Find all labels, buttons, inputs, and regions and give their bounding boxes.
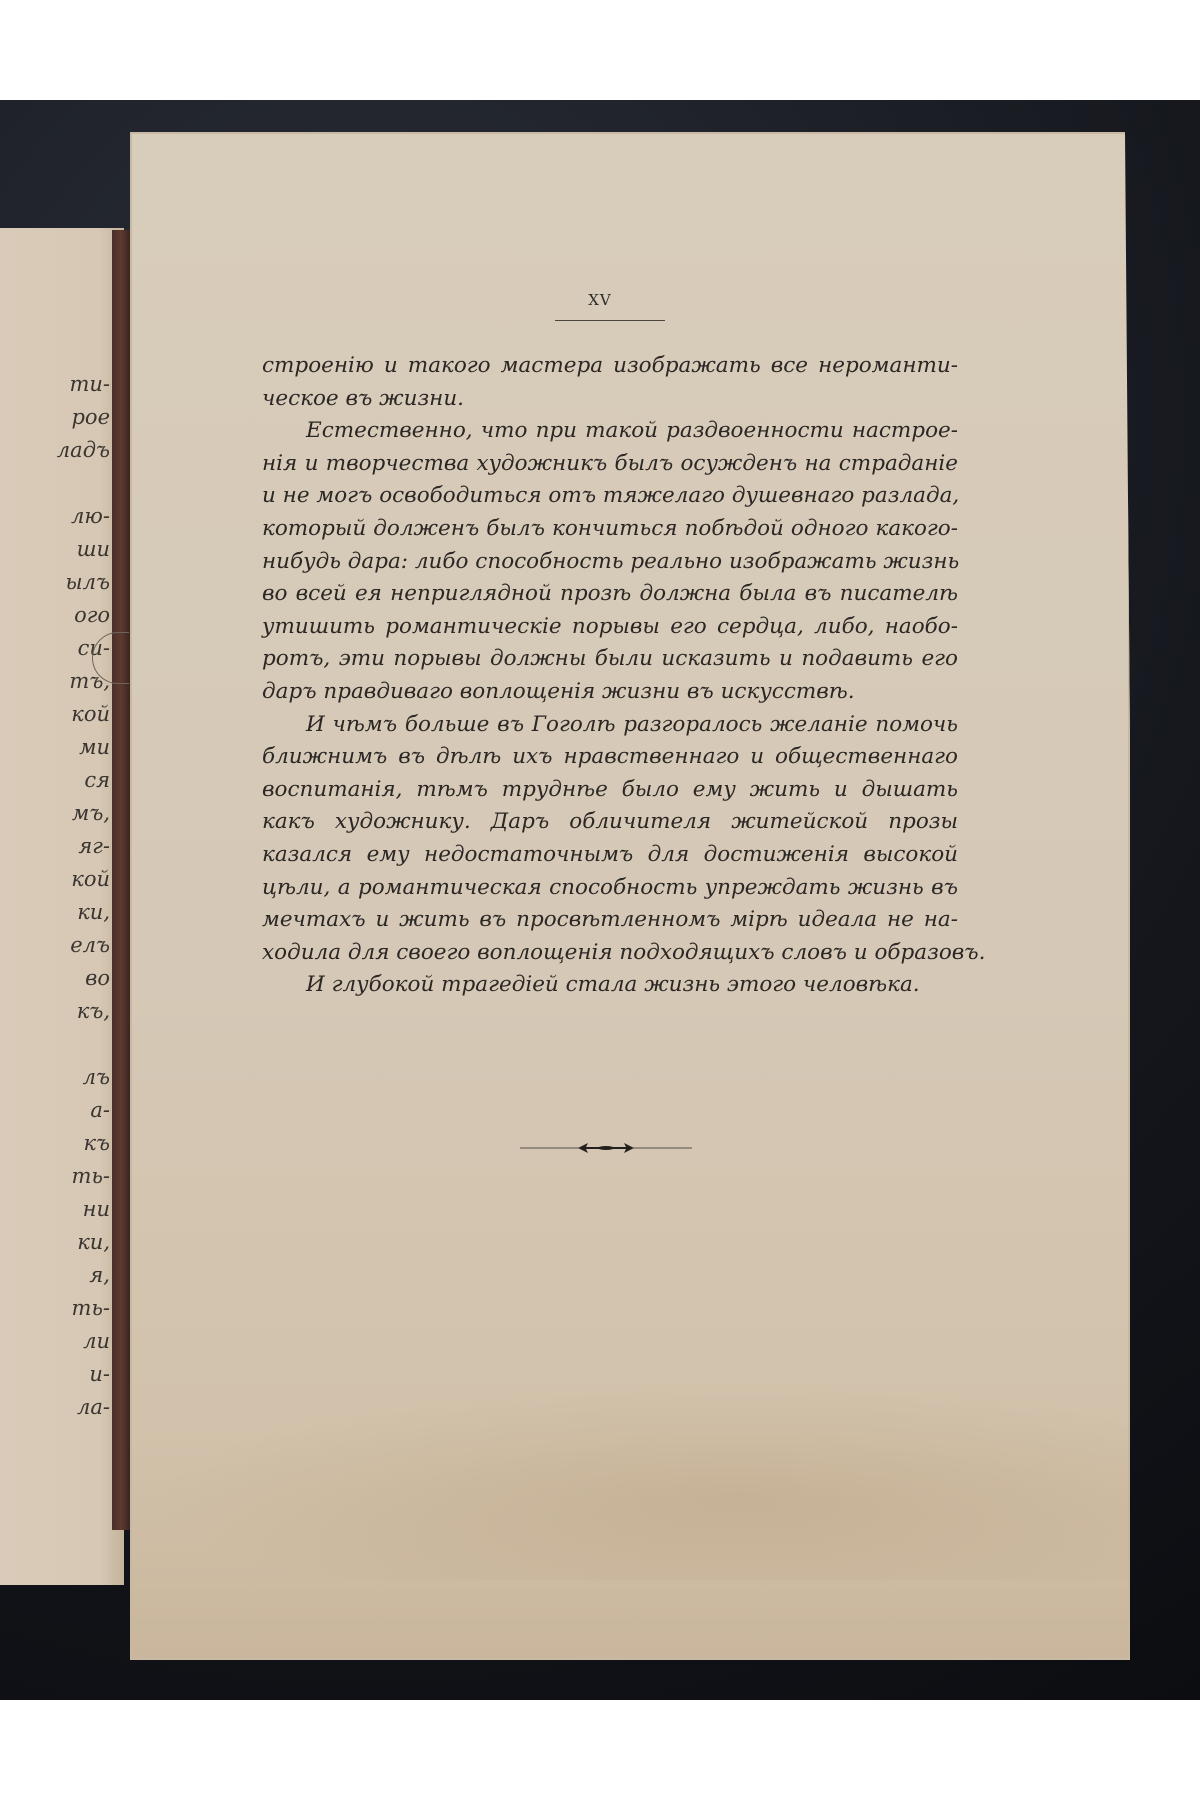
left-page-fragment: во <box>57 962 110 995</box>
text-line: и не могъ освободиться отъ тяжелаго душе… <box>262 480 958 513</box>
text-line: воспитанія, тѣмъ труднѣе было ему жить и… <box>262 774 958 807</box>
text-line: цѣли, а романтическая способность упрежд… <box>262 872 958 905</box>
left-page-fragment: лю- <box>57 500 110 533</box>
ornament-flourish-icon <box>520 1140 692 1156</box>
text-line: ческое въ жизни. <box>262 383 958 416</box>
left-page-fragment: ть- <box>57 1160 110 1193</box>
left-page-fragment: яг- <box>57 830 110 863</box>
left-page-fragment: и- <box>57 1358 110 1391</box>
left-page-fragment: ми <box>57 731 110 764</box>
left-page-fragment: ылъ <box>57 566 110 599</box>
text-line: утишить романтическіе порывы его сердца,… <box>262 611 958 644</box>
left-page-fragment <box>57 467 110 500</box>
text-line: И чѣмъ больше въ Гоголѣ разгоралось жела… <box>262 709 958 742</box>
water-stain <box>150 1380 1130 1580</box>
left-page-fragment: ого <box>57 599 110 632</box>
left-page-fragment: я, <box>57 1259 110 1292</box>
book-spine <box>112 230 130 1530</box>
text-line: который долженъ былъ кончиться побѣдой о… <box>262 513 958 546</box>
left-page-fragment: къ, <box>57 995 110 1028</box>
left-page-fragment: ли <box>57 1325 110 1358</box>
left-page-fragment: кой <box>57 863 110 896</box>
text-line: мечтахъ и жить въ просвѣтленномъ мірѣ ид… <box>262 904 958 937</box>
page-number-rule <box>555 320 665 321</box>
text-line: И глубокой трагедіей стала жизнь этого ч… <box>262 969 958 1002</box>
text-line: ближнимъ въ дѣлѣ ихъ нравственнаго и общ… <box>262 741 958 774</box>
left-page-fragment: ла- <box>57 1391 110 1424</box>
left-page-fragment: къ <box>57 1127 110 1160</box>
left-page-fragment: елъ <box>57 929 110 962</box>
left-page-fragment: мъ, <box>57 797 110 830</box>
left-page-fragment: ся <box>57 764 110 797</box>
body-text: строенію и такого мастера изображать все… <box>262 350 958 1002</box>
left-page-fragment: ладъ <box>57 434 110 467</box>
left-page-fragment <box>57 1028 110 1061</box>
left-page-fragment: ки, <box>57 1226 110 1259</box>
text-line: какъ художнику. Даръ обличителя житейско… <box>262 806 958 839</box>
left-page-fragment: ки, <box>57 896 110 929</box>
left-page-text-fragments: ти-роеладълю-шиылъогоси-тъ,коймисямъ,яг-… <box>57 368 110 1424</box>
text-line: строенію и такого мастера изображать все… <box>262 350 958 383</box>
page-number: XV <box>0 291 1200 309</box>
left-page-fragment: ти- <box>57 368 110 401</box>
left-page-fragment: ши <box>57 533 110 566</box>
left-page-fragment: кой <box>57 698 110 731</box>
left-page: ти-роеладълю-шиылъогоси-тъ,коймисямъ,яг-… <box>0 228 124 1585</box>
text-line: во всей ея неприглядной прозѣ должна был… <box>262 578 958 611</box>
text-line: даръ правдиваго воплощенія жизни въ иску… <box>262 676 958 709</box>
text-line: казался ему недостаточнымъ для достижені… <box>262 839 958 872</box>
left-page-fragment: ть- <box>57 1292 110 1325</box>
left-page-fragment: лъ <box>57 1061 110 1094</box>
text-line: нія и творчества художникъ былъ осужденъ… <box>262 448 958 481</box>
left-page-fragment: рое <box>57 401 110 434</box>
text-line: Естественно, что при такой раздвоенности… <box>262 415 958 448</box>
left-page-fragment: а- <box>57 1094 110 1127</box>
text-line: ротъ, эти порывы должны были исказить и … <box>262 643 958 676</box>
text-line: нибудь дара: либо способность реально из… <box>262 546 958 579</box>
text-line: ходила для своего воплощенія подходящихъ… <box>262 937 958 970</box>
left-page-fragment: ни <box>57 1193 110 1226</box>
